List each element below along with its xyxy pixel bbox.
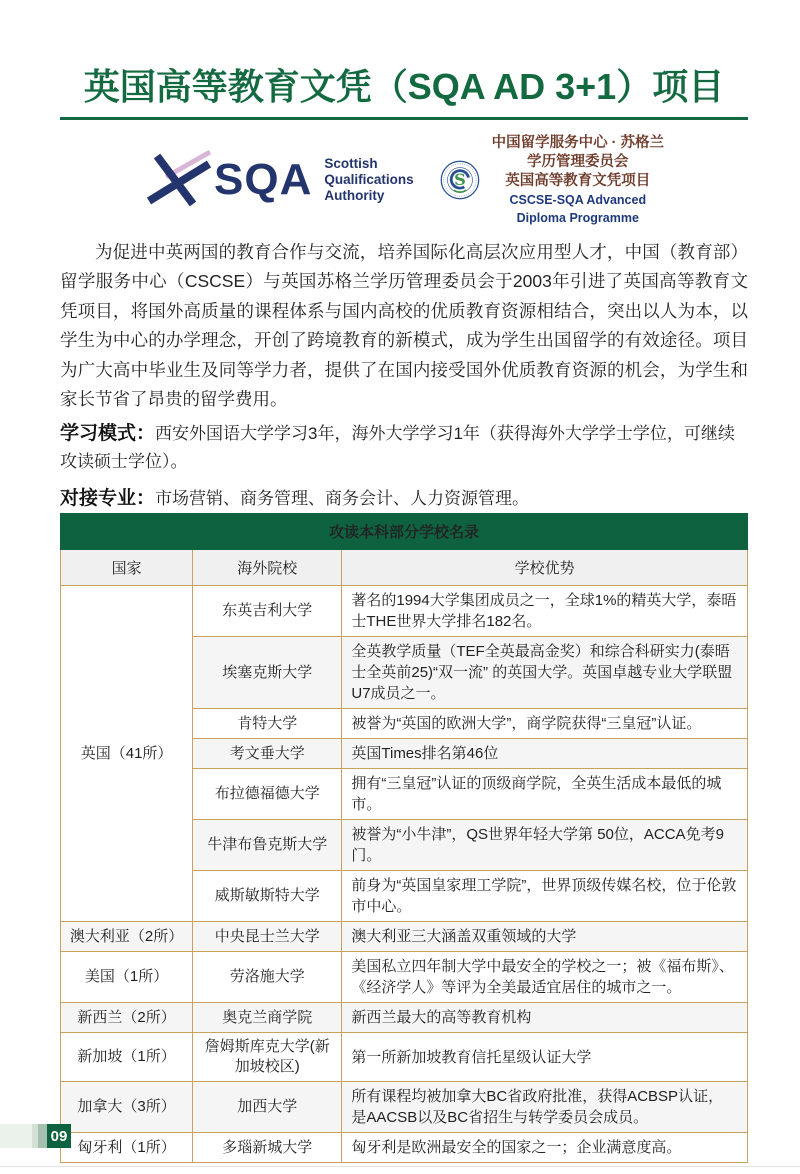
table-row: 澳大利亚（2所） 中央昆士兰大学 澳大利亚三大涵盖双重领域的大学 [61,922,748,952]
country-cell: 美国（1所） [61,952,193,1003]
bottom-divider [0,1166,800,1167]
advantage-cell: 匈牙利是欧洲最安全的国家之一；企业满意度高。 [342,1133,748,1163]
school-cell: 詹姆斯库克大学(新加坡校区) [193,1033,342,1082]
sqa-logo: SQA Scottish Qualifications Authority [146,149,414,211]
table-title-row: 攻读本科部分学校名录 [61,514,748,550]
country-cell: 新加坡（1所） [61,1033,193,1082]
advantage-cell: 著名的1994大学集团成员之一，全球1%的精英大学，泰晤士THE世界大学排名18… [342,586,748,637]
document-page: 英国高等教育文凭（SQA AD 3+1）项目 SQA Scottish Qual… [0,0,800,1174]
advantage-cell: 澳大利亚三大涵盖双重领域的大学 [342,922,748,952]
page-number-badge: 09 [47,1124,71,1148]
table-row: 美国（1所） 劳洛施大学 美国私立四年制大学中最安全的学校之一；被《福布斯》、《… [61,952,748,1003]
advantage-cell: 拥有“三皇冠”认证的顶级商学院，全英生活成本最低的城市。 [342,769,748,820]
page-title: 英国高等教育文凭（SQA AD 3+1）项目 [60,64,748,110]
study-mode-label: 学习模式： [60,423,155,444]
country-cell: 匈牙利（1所） [61,1133,193,1163]
school-cell: 奥克兰商学院 [193,1003,342,1033]
sqa-name-line1: Scottish [324,156,413,172]
table-row: 英国（41所） 东英吉利大学 著名的1994大学集团成员之一，全球1%的精英大学… [61,586,748,637]
school-cell: 牛津布鲁克斯大学 [193,820,342,871]
school-cell: 东英吉利大学 [193,586,342,637]
title-block: 英国高等教育文凭（SQA AD 3+1）项目 [60,64,748,120]
school-cell: 布拉德福德大学 [193,769,342,820]
school-cell: 肯特大学 [193,709,342,739]
advantage-cell: 全英教学质量（TEF全英最高金奖）和综合科研实力(泰晤士全英前25)“双一流” … [342,637,748,709]
table-row: 匈牙利（1所） 多瑙新城大学 匈牙利是欧洲最安全的国家之一；企业满意度高。 [61,1133,748,1163]
table-row: 加拿大（3所） 加西大学 所有课程均被加拿大BC省政府批准，获得ACBSP认证，… [61,1082,748,1133]
school-cell: 加西大学 [193,1082,342,1133]
cscse-cn-line1: 中国留学服务中心 · 苏格兰学历管理委员会 [490,134,666,172]
school-cell: 中央昆士兰大学 [193,922,342,952]
table-row: 新西兰（2所） 奥克兰商学院 新西兰最大的高等教育机构 [61,1003,748,1033]
header-school: 海外院校 [193,550,342,586]
table-row: 新加坡（1所） 詹姆斯库克大学(新加坡校区) 第一所新加坡教育信托星级认证大学 [61,1033,748,1082]
school-cell: 考文垂大学 [193,739,342,769]
country-cell: 英国（41所） [61,586,193,922]
header-country: 国家 [61,550,193,586]
majors-text: 市场营销、商务管理、商务会计、人力资源管理。 [155,489,529,508]
sqa-name: Scottish Qualifications Authority [324,156,413,204]
advantage-cell: 第一所新加坡教育信托星级认证大学 [342,1033,748,1082]
cscse-en-line: CSCSE-SQA Advanced Diploma Programme [490,191,666,227]
advantage-cell: 美国私立四年制大学中最安全的学校之一；被《福布斯》、《经济学人》等评为全美最适宜… [342,952,748,1003]
country-cell: 加拿大（3所） [61,1082,193,1133]
svg-text:S: S [454,170,466,189]
cscse-text: 中国留学服务中心 · 苏格兰学历管理委员会 英国高等教育文凭项目 CSCSE-S… [490,134,666,227]
school-cell: 威斯敏斯特大学 [193,871,342,922]
sqa-acronym: SQA [214,158,312,202]
school-cell: 多瑙新城大学 [193,1133,342,1163]
cscse-cn-line2: 英国高等教育文凭项目 [490,172,666,191]
sqa-saltire-icon [146,149,212,211]
advantage-cell: 前身为“英国皇家理工学院”，世界顶级传媒名校，位于伦敦市中心。 [342,871,748,922]
study-mode-text: 西安外国语大学学习3年，海外大学学习1年（获得海外大学学士学位，可继续攻读硕士学… [60,424,735,471]
study-mode-section: 学习模式：西安外国语大学学习3年，海外大学学习1年（获得海外大学学士学位，可继续… [60,420,748,476]
intro-paragraph: 为促进中英两国的教育合作与交流，培养国际化高层次应用型人才，中国（教育部）留学服… [60,238,748,415]
advantage-cell: 被誉为“英国的欧洲大学”，商学院获得“三皇冠”认证。 [342,709,748,739]
advantage-cell: 所有课程均被加拿大BC省政府批准，获得ACBSP认证，是AACSB以及BC省招生… [342,1082,748,1133]
logo-row: SQA Scottish Qualifications Authority S … [146,142,666,218]
header-advantage: 学校优势 [342,550,748,586]
footer-bar: 09 [0,1124,71,1148]
sqa-name-line3: Authority [324,188,413,204]
school-list-table: 攻读本科部分学校名录 国家 海外院校 学校优势 英国（41所） 东英吉利大学 著… [60,513,748,1163]
school-cell: 劳洛施大学 [193,952,342,1003]
table-title: 攻读本科部分学校名录 [61,514,748,550]
table-header-row: 国家 海外院校 学校优势 [61,550,748,586]
advantage-cell: 被誉为“小牛津”，QS世界年轻大学第 50位，ACCA免考9门。 [342,820,748,871]
country-cell: 新西兰（2所） [61,1003,193,1033]
majors-section: 对接专业：市场营销、商务管理、商务会计、人力资源管理。 [60,485,748,513]
sqa-name-line2: Qualifications [324,172,413,188]
majors-label: 对接专业： [60,488,155,509]
footer-gradient-segment [38,1124,47,1148]
cscse-logo: S 中国留学服务中心 · 苏格兰学历管理委员会 英国高等教育文凭项目 CSCSE… [440,134,666,227]
country-cell: 澳大利亚（2所） [61,922,193,952]
footer-gradient-segment [0,1124,32,1148]
school-cell: 埃塞克斯大学 [193,637,342,709]
advantage-cell: 英国Times排名第46位 [342,739,748,769]
title-underline [60,117,748,120]
advantage-cell: 新西兰最大的高等教育机构 [342,1003,748,1033]
cscse-seal-icon: S [440,149,480,211]
